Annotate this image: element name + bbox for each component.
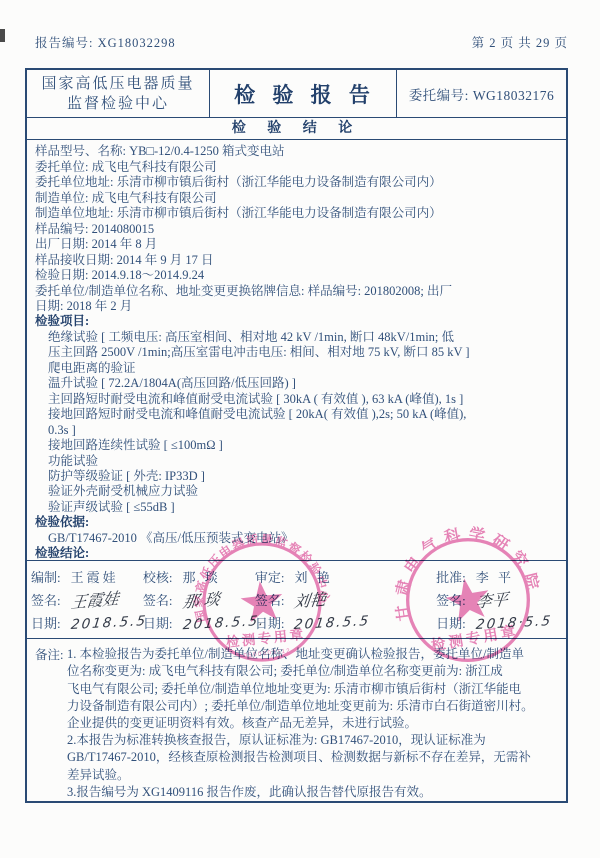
detail-line: 接地回路短时耐受电流和峰值耐受电流试验 [ 20kA( 有效值 ),2s; 50… — [35, 407, 562, 422]
signature-column: 审定: 刘 艳 签名: 刘艳 日期: 2018.5.5 — [255, 563, 436, 636]
detail-line: 压主回路 2500V /1min;高压室雷电冲击电压: 相间、相对地 75 kV… — [35, 345, 562, 360]
detail-line: 验证外壳耐受机械应力试验 — [35, 484, 562, 499]
remark-line: 企业提供的变更证明资料有效。核查产品无差异，未进行试验。 — [67, 715, 560, 732]
person-name: 李 平 — [476, 567, 514, 586]
detail-line: 委托单位: 成飞电气科技有限公司 — [35, 160, 562, 175]
section-title: 检 验 结 论 — [232, 121, 362, 136]
role-label: 审定: — [255, 567, 285, 586]
date-row: 日期: 2018·5.5 — [436, 611, 552, 634]
remark-line: 1. 本检验报告为委托单位/制造单位名称、地址变更确认检验报告，委托单位/制造单 — [67, 646, 560, 663]
detail-line: 日期: 2018 年 2 月 — [35, 299, 562, 314]
handwritten-signature: 刘艳 — [293, 587, 328, 613]
detail-line: 防护等级验证 [ 外壳: IP33D ] — [35, 469, 562, 484]
detail-line: 绝缘试验 [ 工频电压: 高压室相间、相对地 42 kV /1min, 断口 4… — [35, 330, 562, 345]
remark-line: 飞电气有限公司; 委托单位/制造单位地址变更为: 乐清市柳市镇后街村（浙江华能电 — [67, 681, 560, 698]
detail-line: 0.3s ] — [35, 423, 562, 438]
org-name-line1: 国家高低压电器质量 — [41, 74, 194, 94]
detail-line: 接地回路连续性试验 [ ≤100mΩ ] — [35, 438, 562, 453]
org-name-line2: 监督检验中心 — [67, 94, 169, 114]
detail-line: 制造单位地址: 乐清市柳市镇后街村（浙江华能电力设备制造有限公司内） — [35, 206, 562, 221]
table-header-row: 国家高低压电器质量 监督检验中心 检 验 报 告 委托编号: WG1803217… — [27, 70, 566, 118]
detail-line: 主回路短时耐受电流和峰值耐受电流试验 [ 30kA ( 有效值 ), 63 kA… — [35, 392, 562, 407]
detail-line: 样品型号、名称: YB□-12/0.4-1250 箱式变电站 — [35, 144, 562, 159]
handwritten-signature: 李平 — [474, 587, 509, 613]
signature-label: 签名: — [436, 590, 466, 609]
detail-line: 检验结论: — [35, 546, 562, 561]
role-row: 编制: 王霞娃 — [31, 565, 143, 588]
handwritten-signature: 那 琰 — [181, 586, 221, 613]
inspection-details: 样品型号、名称: YB□-12/0.4-1250 箱式变电站 委托单位: 成飞电… — [27, 140, 566, 561]
handwritten-date: 2018·5.5 — [475, 613, 553, 633]
detail-line: 功能试验 — [35, 454, 562, 469]
signature-block: 编制: 王霞娃 签名: 王霞娃 日期: 2018.5.5 校核: — [27, 561, 566, 639]
page-top-bar: 报告编号: XG18032298 第 2 页 共 29 页 — [35, 33, 568, 51]
detail-line: 样品接收日期: 2014 年 9 月 17 日 — [35, 253, 562, 268]
remark-line: 差异试验。 — [67, 767, 560, 784]
remark-row: 备注: 1. 本检验报告为委托单位/制造单位名称、地址变更确认检验报告，委托单位… — [27, 639, 566, 801]
signature-row: 签名: 那 琰 — [143, 588, 255, 611]
report-table: 国家高低压电器质量 监督检验中心 检 验 报 告 委托编号: WG1803217… — [25, 68, 568, 803]
person-name: 王霞娃 — [71, 567, 119, 586]
date-row: 日期: 2018.5.5 — [31, 611, 143, 634]
section-title-row: 检 验 结 论 — [27, 118, 566, 140]
detail-line: GB/T17467-2010 《高压/低压预装式变电站》 — [35, 531, 562, 546]
role-row: 批准: 李 平 — [436, 565, 552, 588]
person-name: 那 琰 — [183, 567, 221, 586]
detail-line: 委托单位地址: 乐清市柳市镇后街村（浙江华能电力设备制造有限公司内） — [35, 175, 562, 190]
handwritten-date: 2018.5.5. — [182, 612, 266, 632]
signature-row: 签名: 李平 — [436, 588, 552, 611]
signature-column: 批准: 李 平 签名: 李平 日期: 2018·5.5 — [436, 563, 552, 636]
report-number: 报告编号: XG18032298 — [35, 33, 176, 51]
detail-line: 验证声级试验 [ ≤55dB ] — [35, 500, 562, 515]
role-label: 校核: — [143, 567, 173, 586]
date-label: 日期: — [436, 613, 466, 632]
remark-line: 力设备制造有限公司内）; 委托单位/制造单位地址变更前为: 乐清市白石街道密川村… — [67, 698, 560, 715]
scan-edge-artifact — [0, 29, 5, 42]
date-label: 日期: — [31, 613, 61, 632]
role-row: 校核: 那 琰 — [143, 565, 255, 588]
detail-line: 检验日期: 2014.9.18～2014.9.24 — [35, 268, 562, 283]
remark-line: 3.报告编号为 XG1409116 报告作废，此确认报告替代原报告有效。 — [67, 784, 560, 801]
signature-column: 编制: 王霞娃 签名: 王霞娃 日期: 2018.5.5 — [31, 563, 143, 636]
report-title-cell: 检 验 报 告 — [210, 70, 397, 117]
scanned-report-page: 报告编号: XG18032298 第 2 页 共 29 页 国家高低压电器质量 … — [0, 0, 600, 858]
date-row: 日期: 2018.5.5. — [143, 611, 255, 634]
detail-line: 检验项目: — [35, 314, 562, 329]
detail-line: 委托单位/制造单位名称、地址变更更换铭牌信息: 样品编号: 201802008;… — [35, 284, 562, 299]
signature-label: 签名: — [31, 590, 61, 609]
detail-line: 制造单位: 成飞电气科技有限公司 — [35, 191, 562, 206]
detail-line: 出厂日期: 2014 年 8 月 — [35, 237, 562, 252]
remark-line: 位名称变更为: 成飞电气科技有限公司; 委托单位/制造单位名称变更前为: 浙江成 — [67, 663, 560, 680]
handwritten-signature: 王霞娃 — [69, 586, 120, 614]
detail-line: 爬电距离的验证 — [35, 361, 562, 376]
remark-line: 2.本报告为标准转换核查报告，原认证标准为: GB17467-2010，现认证标… — [67, 732, 560, 749]
remark-label: 备注: — [35, 647, 63, 664]
report-title: 检 验 报 告 — [234, 79, 376, 109]
handwritten-date: 2018.5.5 — [70, 613, 148, 633]
signature-row: 签名: 王霞娃 — [31, 588, 143, 611]
detail-line: 样品编号: 2014080015 — [35, 222, 562, 237]
signature-row: 签名: 刘艳 — [255, 588, 436, 611]
role-label: 批准: — [436, 567, 466, 586]
signature-column: 校核: 那 琰 签名: 那 琰 日期: 2018.5.5. — [143, 563, 255, 636]
remark-line: GB/T17467-2010，经核查原检测报告检测项目、检测数据与新标不存在差异… — [67, 749, 560, 766]
person-name: 刘 艳 — [294, 567, 332, 586]
detail-line: 检验依据: — [35, 515, 562, 530]
issuing-org-cell: 国家高低压电器质量 监督检验中心 — [27, 70, 210, 117]
remark-lines: 1. 本检验报告为委托单位/制造单位名称、地址变更确认检验报告，委托单位/制造单… — [67, 646, 560, 801]
detail-line: 温升试验 [ 72.2A/1804A(高压回路/低压回路) ] — [35, 376, 562, 391]
date-row: 日期: 2018.5.5 — [255, 611, 436, 634]
page-number-info: 第 2 页 共 29 页 — [472, 33, 568, 51]
role-row: 审定: 刘 艳 — [255, 565, 436, 588]
role-label: 编制: — [31, 567, 61, 586]
commission-number-cell: 委托编号: WG18032176 — [397, 70, 566, 117]
signature-label: 签名: — [255, 590, 285, 609]
commission-number: 委托编号: WG18032176 — [409, 84, 555, 104]
signature-label: 签名: — [143, 590, 173, 609]
handwritten-date: 2018.5.5 — [294, 613, 372, 633]
